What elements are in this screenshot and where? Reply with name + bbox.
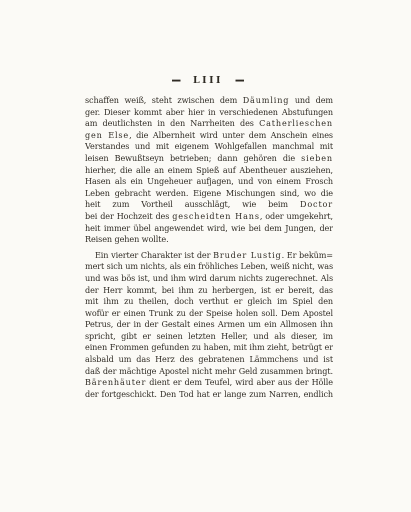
text-line: der Herr kommt, bei ihm zu herbergen, is… (85, 285, 333, 297)
page-header: —LIII— (84, 75, 332, 86)
text-segment: leisen Bewußtseyn betrieben; dann gehöre… (85, 153, 301, 163)
text-line: der fortgeschickt. Den Tod hat er lange … (85, 389, 333, 401)
text-segment: am deutlichsten in den Narrheiten des (85, 118, 259, 128)
text-line: schaffen weiß, steht zwischen dem Däumli… (85, 95, 333, 107)
paragraph: Ein vierter Charakter ist der Bruder Lus… (85, 250, 333, 401)
text-line: daß der mächtige Apostel nicht mehr Geld… (85, 366, 333, 378)
tale-name-emphasis: Bruder Lustig (213, 250, 282, 260)
text-segment: spricht, gibt er seinen letzten Heller, … (85, 331, 333, 343)
tale-name-emphasis: Catherlieschen (259, 118, 333, 128)
text-segment: ger. Dieser kommt aber hier in verschied… (85, 107, 333, 119)
book-page: —LIII— schaffen weiß, steht zwischen dem… (0, 0, 411, 512)
text-segment: bei der Hochzeit des (85, 211, 172, 221)
text-line: am deutlichsten in den Narrheiten des Ca… (85, 118, 333, 130)
text-line: mit ihm zu theilen, doch verthut er glei… (85, 296, 333, 308)
text-segment: . Er beküm= (282, 250, 333, 260)
text-segment: Petrus, der in der Gestalt eines Armen u… (85, 319, 333, 331)
text-segment: der fortgeschickt. Den Tod hat er lange … (85, 389, 333, 399)
tale-name-emphasis: Bärenhäuter (85, 377, 146, 387)
text-segment: wofür er einen Trunk zu der Speise holen… (85, 308, 333, 318)
text-segment: mert sich um nichts, als ein fröhliches … (85, 261, 333, 273)
text-segment: alsbald um das Herz des gebratenen Lämmc… (85, 354, 333, 366)
text-line: alsbald um das Herz des gebratenen Lämmc… (85, 354, 333, 366)
text-line: heit immer übel angewendet wird, wie bei… (85, 223, 333, 235)
text-line: Petrus, der in der Gestalt eines Armen u… (85, 319, 333, 331)
text-segment: Leben gebracht werden. Eigene Mischungen… (85, 188, 333, 200)
text-line: bei der Hochzeit des gescheidten Hans, o… (85, 211, 333, 223)
text-line: gen Else, die Albernheit wird unter dem … (85, 130, 333, 142)
text-line: hierher, die alle an einem Spieß auf Abe… (85, 165, 333, 177)
text-segment: heit immer übel angewendet wird, wie bei… (85, 223, 333, 235)
text-line: leisen Bewußtseyn betrieben; dann gehöre… (85, 153, 333, 165)
page-number: LIII (193, 75, 223, 86)
header-dash-right-icon: — (235, 71, 245, 90)
text-line: Bärenhäuter dient er dem Teufel, wird ab… (85, 377, 333, 389)
text-line: wofür er einen Trunk zu der Speise holen… (85, 308, 333, 320)
text-line: ger. Dieser kommt aber hier in verschied… (85, 107, 333, 119)
text-segment: daß der mächtige Apostel nicht mehr Geld… (85, 366, 333, 378)
text-line: Verstandes und mit eigenem Wohlgefallen … (85, 141, 333, 153)
header-dash-left-icon: — (171, 71, 181, 90)
text-line: Ein vierter Charakter ist der Bruder Lus… (85, 250, 333, 262)
body-text: schaffen weiß, steht zwischen dem Däumli… (85, 95, 333, 400)
text-segment: Hasen als ein Ungeheuer aufjagen, und vo… (85, 176, 333, 188)
text-line: Leben gebracht werden. Eigene Mischungen… (85, 188, 333, 200)
text-segment: mit ihm zu theilen, doch verthut er glei… (85, 296, 333, 308)
text-segment: heit zum Vortheil ausschlägt, wie beim (85, 199, 300, 209)
text-segment: einen Frommen gefunden zu haben, mit ihm… (85, 342, 333, 354)
text-segment: und was bös ist, und ihm wird darum nich… (85, 273, 333, 283)
text-line: Hasen als ein Ungeheuer aufjagen, und vo… (85, 176, 333, 188)
text-segment: Verstandes und mit eigenem Wohlgefallen … (85, 141, 333, 153)
text-segment: hierher, die alle an einem Spieß auf Abe… (85, 165, 333, 177)
tale-name-emphasis: Däumling (243, 95, 290, 105)
text-line: Reisen gehen wollte. (85, 234, 333, 246)
text-line: und was bös ist, und ihm wird darum nich… (85, 273, 333, 285)
text-line: spricht, gibt er seinen letzten Heller, … (85, 331, 333, 343)
text-segment: schaffen weiß, steht zwischen dem (85, 95, 243, 105)
tale-name-emphasis: gen Else (85, 130, 129, 140)
text-segment: und dem (289, 95, 333, 105)
text-segment: Reisen gehen wollte. (85, 234, 169, 244)
text-line: einen Frommen gefunden zu haben, mit ihm… (85, 342, 333, 354)
text-line: mert sich um nichts, als ein fröhliches … (85, 261, 333, 273)
tale-name-emphasis: gescheidten Hans (172, 211, 260, 221)
text-segment: Ein vierter Charakter ist der (95, 250, 213, 260)
text-segment: der Herr kommt, bei ihm zu herbergen, is… (85, 285, 333, 297)
paragraph: schaffen weiß, steht zwischen dem Däumli… (85, 95, 333, 246)
text-line: heit zum Vortheil ausschlägt, wie beim D… (85, 199, 333, 211)
